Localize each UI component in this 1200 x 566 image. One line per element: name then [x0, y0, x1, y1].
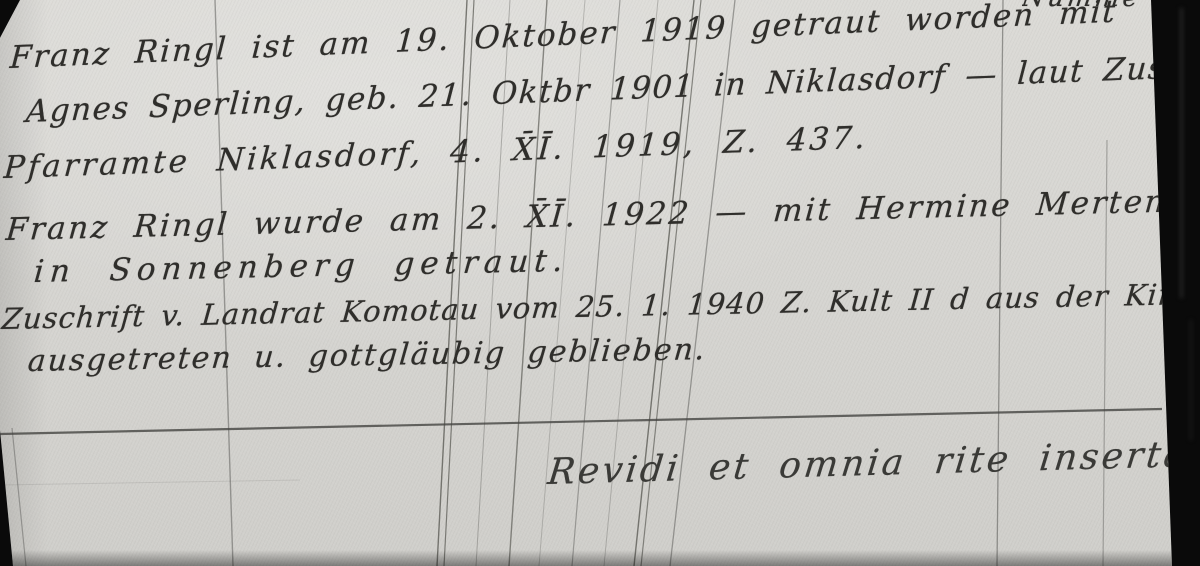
paper-sheet: Numme Franz Ringl ist am 19. Oktober 191… [0, 0, 1200, 566]
black-band-reflection-streak [1180, 8, 1183, 298]
photo-of-register-page: Numme Franz Ringl ist am 19. Oktober 191… [0, 0, 1200, 566]
black-band-reflection-streak [1190, 320, 1192, 440]
